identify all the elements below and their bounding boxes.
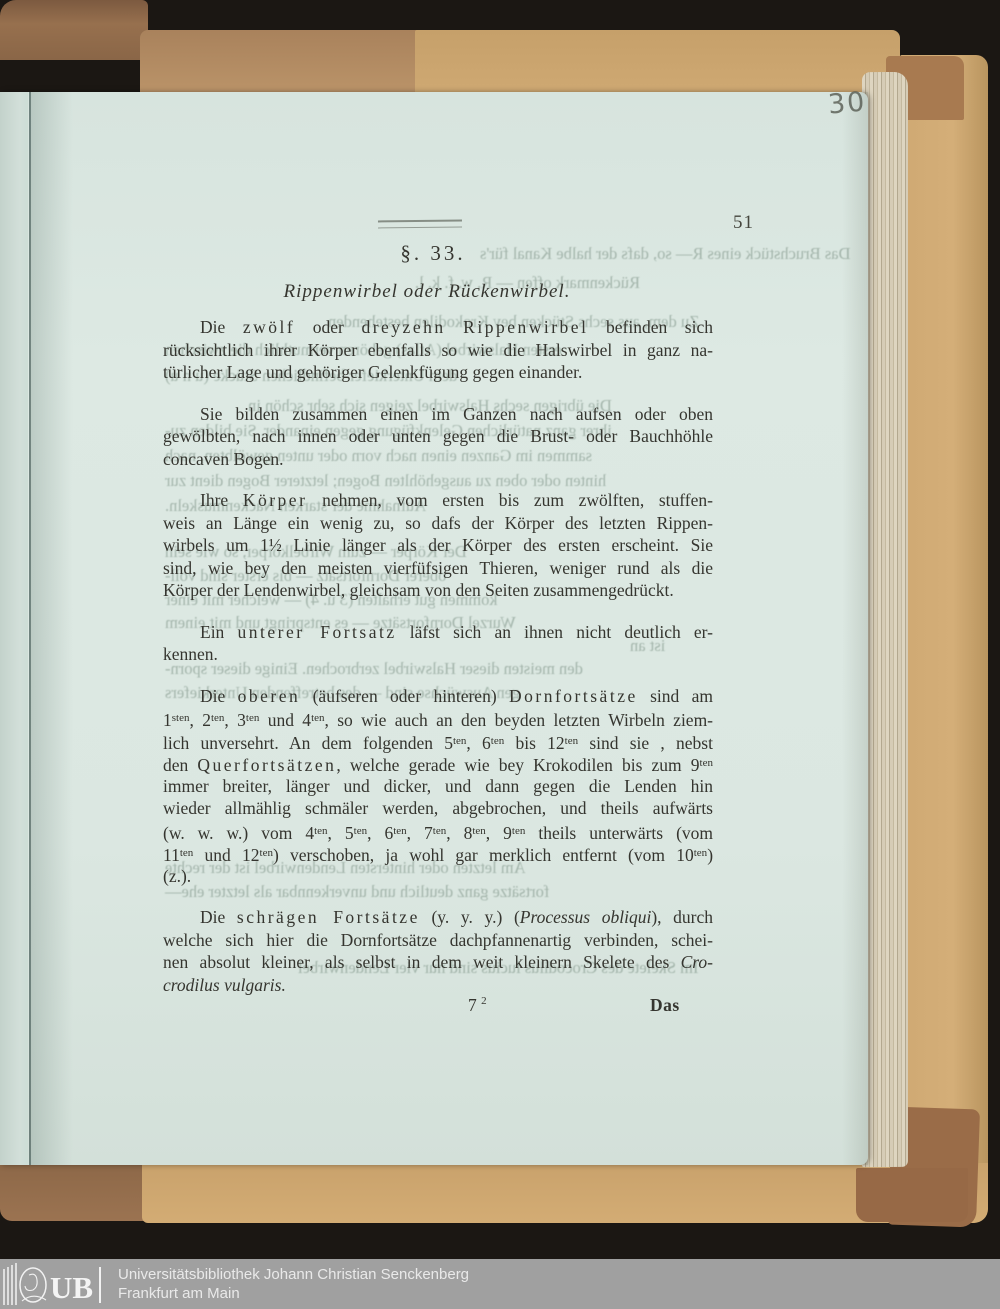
- text-line: immer breiter, länger und dicker, und da…: [163, 775, 713, 798]
- text-line: sind, wie bey den meisten vierfüfsigen T…: [163, 557, 713, 580]
- footer-line1: Universitätsbibliothek Johann Christian …: [118, 1265, 469, 1284]
- page-number: 51: [733, 212, 754, 234]
- signature-mark: 7 2: [468, 995, 487, 1016]
- paragraph: Die zwölf oder dreyzehn Rippenwirbel bef…: [163, 316, 713, 384]
- gutter-shadow: [31, 92, 73, 1165]
- text-line: türlicher Lage und gehöriger Gelenkfügun…: [163, 361, 713, 384]
- ub-logo[interactable]: UB: [2, 1261, 106, 1307]
- book-cover-corner-patch-bottom2: [856, 1168, 968, 1222]
- text-line: lich unversehrt. An dem folgenden 5ten, …: [163, 730, 713, 753]
- text-line: Sie bilden zusammen einen im Ganzen nach…: [163, 403, 713, 426]
- text-line: rücksichtlich ihrer Körper ebenfalls so …: [163, 339, 713, 362]
- book-cover-top-tan: [415, 30, 900, 96]
- text-line: Ihre Körper nehmen, vom ersten bis zum z…: [163, 489, 713, 512]
- paragraph: Sie bilden zusammen einen im Ganzen nach…: [163, 403, 713, 471]
- catchword: Das: [650, 995, 680, 1016]
- footer-bar: UB Universitätsbibliothek Johann Christi…: [0, 1259, 1000, 1309]
- text-line: Ein unterer Fortsatz läfst sich an ihnen…: [163, 621, 713, 644]
- paragraph: Ein unterer Fortsatz läfst sich an ihnen…: [163, 621, 713, 666]
- pencil-folio-number: 30: [827, 86, 868, 120]
- book-cover-right: [900, 55, 988, 1223]
- text-line: gewölbten, nach innen oder unten gegen d…: [163, 425, 713, 448]
- text-line: den Querfortsätzen, welche gerade wie be…: [163, 752, 713, 775]
- paragraph: Die oberen (äufseren oder hinteren) Dorn…: [163, 685, 713, 888]
- text-line: wieder allmählig schmäler werden, abgebr…: [163, 797, 713, 820]
- book-cover-top-leather: [0, 0, 148, 60]
- text-line: 11ten und 12ten) verschoben, ja wohl gar…: [163, 842, 713, 865]
- senckenberg-portrait-icon: [20, 1268, 46, 1302]
- ub-logo-letters: UB: [50, 1270, 93, 1305]
- text-block: Die zwölf oder dreyzehn Rippenwirbel bef…: [163, 316, 713, 1015]
- text-line: concaven Bogen.: [163, 448, 713, 471]
- text-line: wirbels um 1½ Linie länger als der Körpe…: [163, 534, 713, 557]
- paragraph: Die schrägen Fortsätze (y. y. y.) (Proce…: [163, 906, 713, 996]
- text-line: Körper der Lendenwirbel, gleichsam von d…: [163, 579, 713, 602]
- section-heading: §. 33.: [163, 241, 703, 266]
- footer-library-name: Universitätsbibliothek Johann Christian …: [118, 1265, 469, 1303]
- footer-line2: Frankfurt am Main: [118, 1284, 469, 1303]
- text-line: kennen.: [163, 643, 713, 666]
- text-line: welche sich hier die Dornfortsätze dachp…: [163, 929, 713, 952]
- text-line: 1sten, 2ten, 3ten und 4ten, so wie auch …: [163, 707, 713, 730]
- section-divider-rule: [378, 220, 462, 229]
- book-cover-top-mid: [140, 30, 422, 96]
- text-line: Die zwölf oder dreyzehn Rippenwirbel bef…: [163, 316, 713, 339]
- text-line: (z.).: [163, 865, 713, 888]
- ub-logo-graphic: UB: [2, 1261, 106, 1307]
- scanned-page: Das Bruchstück eines R— so, dafs der hal…: [0, 92, 868, 1165]
- text-line: Die oberen (äufseren oder hinteren) Dorn…: [163, 685, 713, 708]
- book-scan-viewer: Das Bruchstück eines R— so, dafs der hal…: [0, 0, 1000, 1309]
- section-subheading: Rippenwirbel oder Rückenwirbel.: [163, 281, 691, 303]
- text-line: (w. w. w.) vom 4ten, 5ten, 6ten, 7ten, 8…: [163, 820, 713, 843]
- text-line: nen absolut kleiner, als selbst in dem w…: [163, 951, 713, 974]
- stacked-page-edges: [862, 72, 908, 1167]
- paragraph: Ihre Körper nehmen, vom ersten bis zum z…: [163, 489, 713, 602]
- portrait-face-icon: [25, 1274, 37, 1290]
- text-line: Die schrägen Fortsätze (y. y. y.) (Proce…: [163, 906, 713, 929]
- text-line: crodilus vulgaris.: [163, 974, 713, 997]
- page-right-shadow: [842, 92, 868, 1165]
- book-cover-bottom-leather: [0, 1163, 150, 1221]
- text-line: weis an Länge ein wenig zu, so dafs der …: [163, 512, 713, 535]
